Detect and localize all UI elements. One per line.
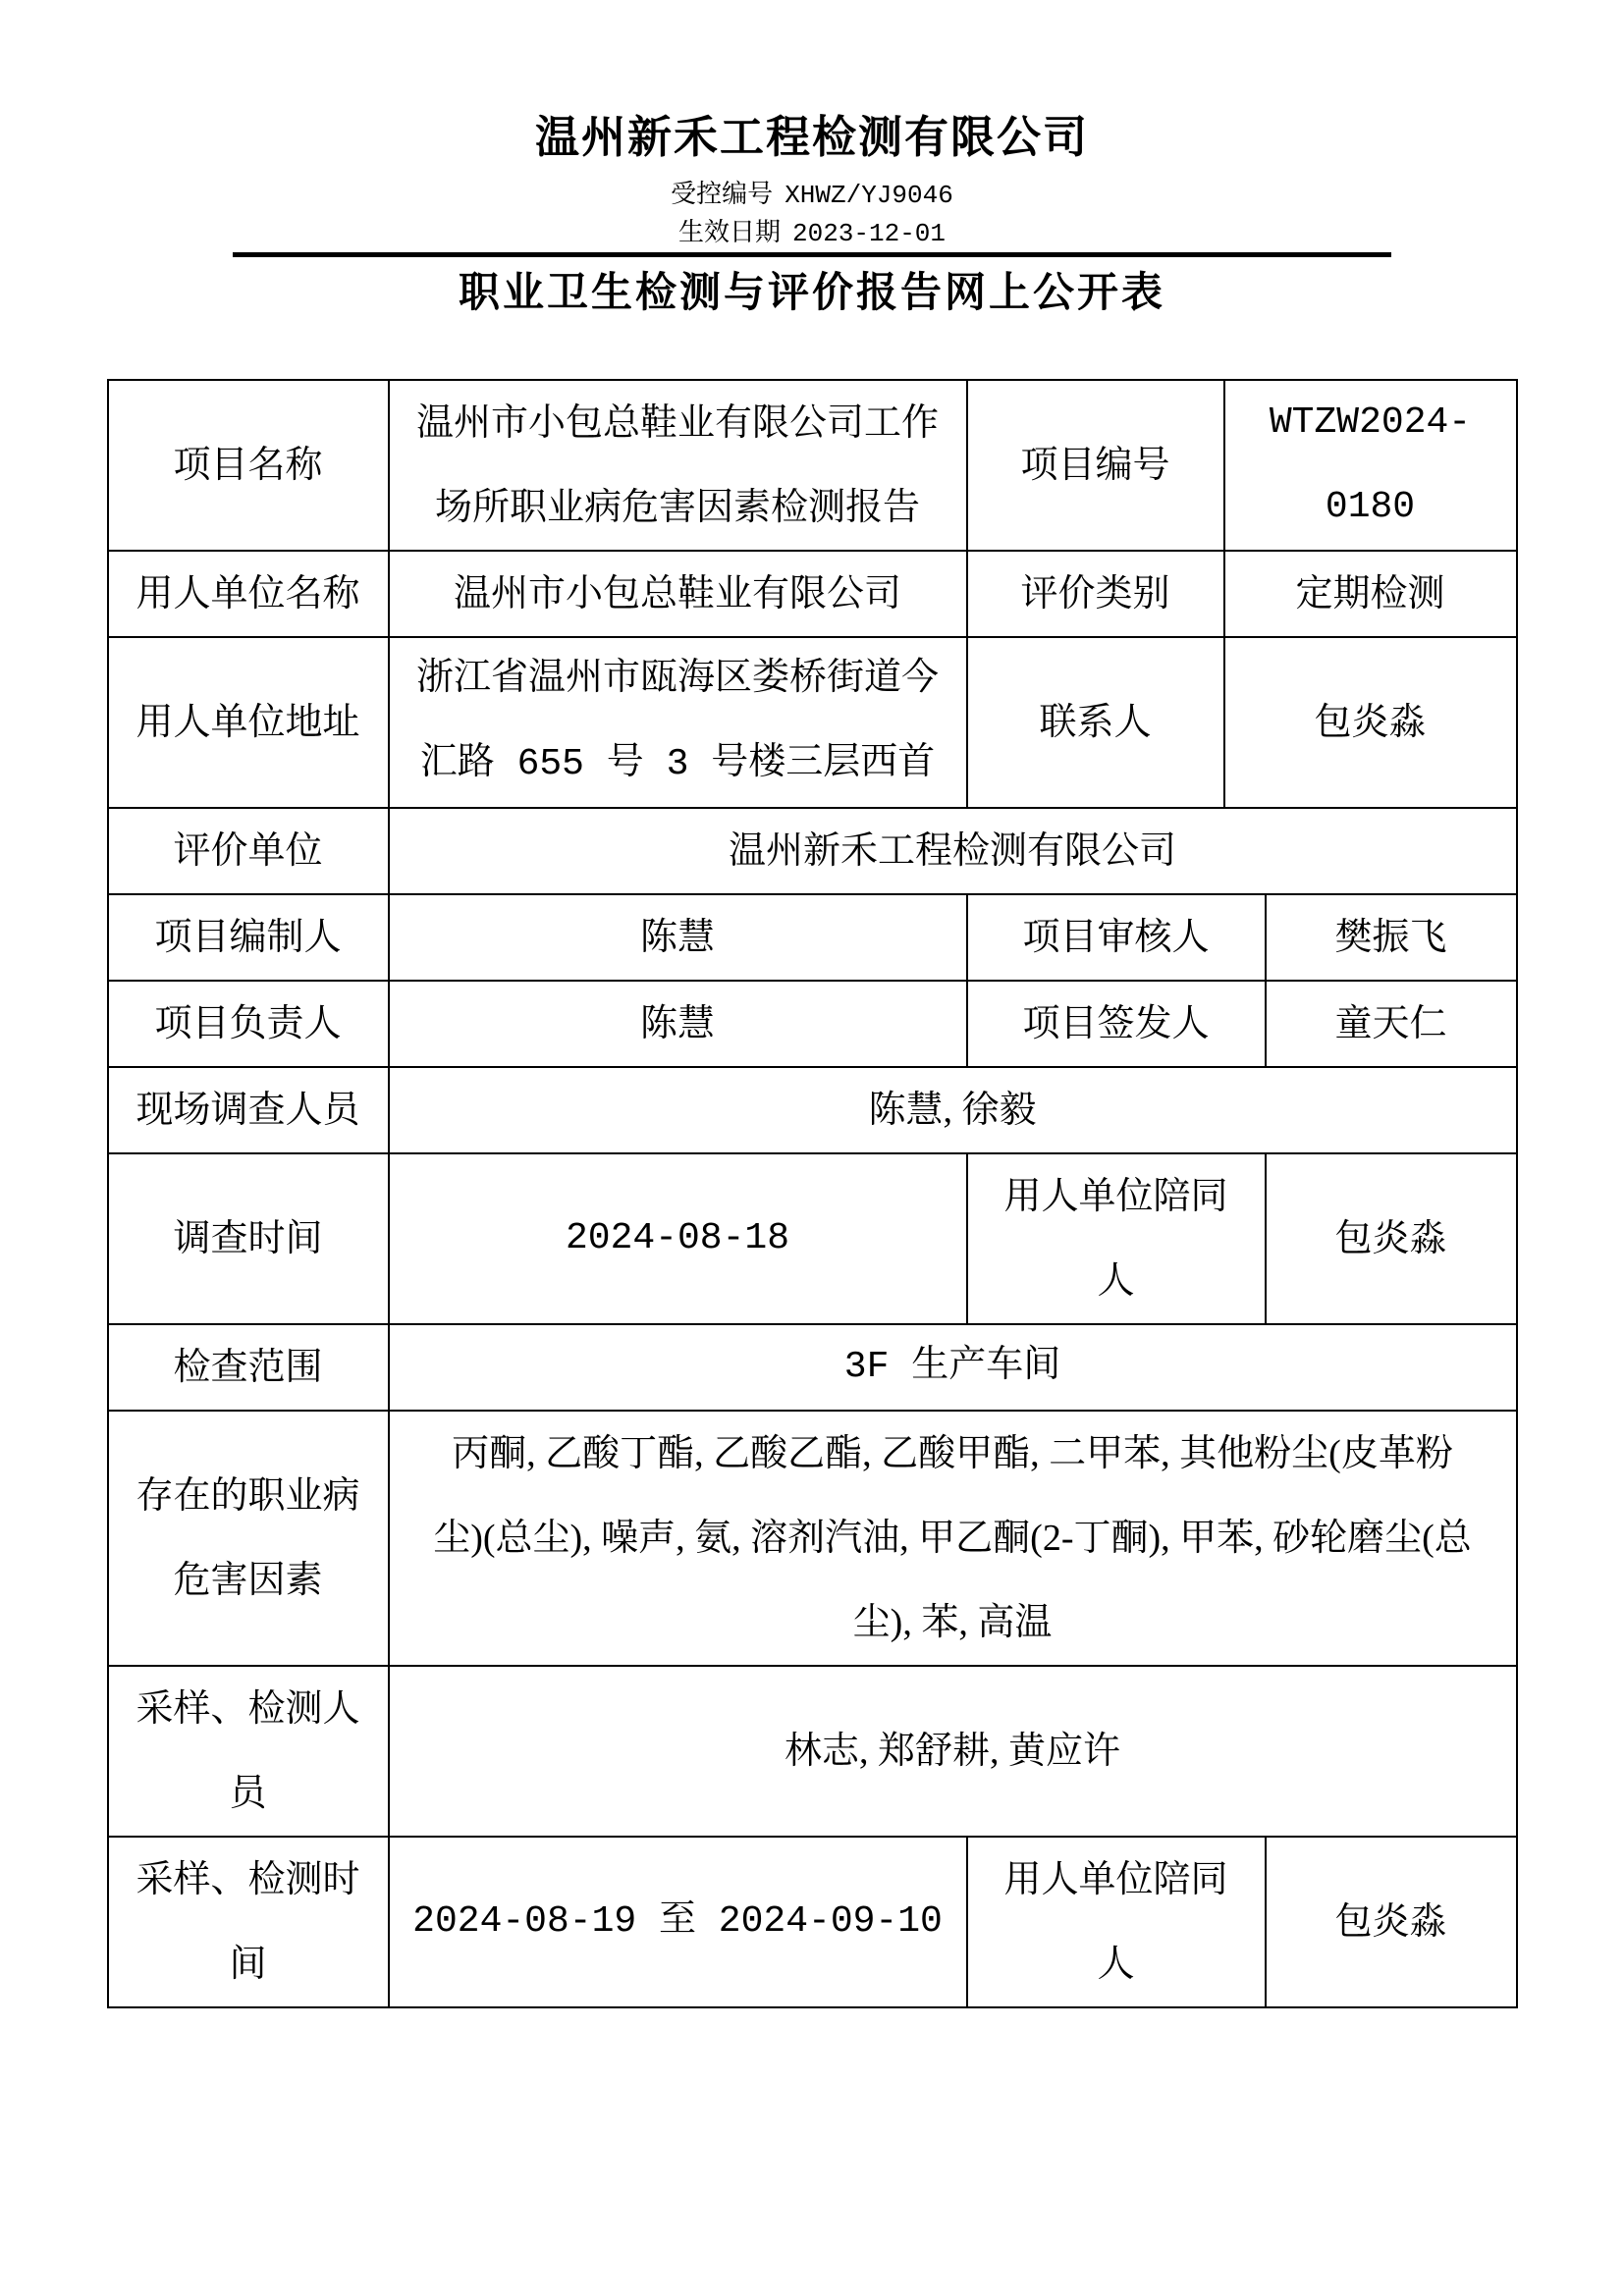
sampling-staff-label: 采样、检测人 员 [109,1667,390,1836]
sampling-staff-value: 林志, 郑舒耕, 黄应许 [390,1667,1516,1836]
inspection-scope-value: 3F 生产车间 [390,1325,1516,1410]
row-inspection-scope: 检查范围 3F 生产车间 [109,1325,1516,1412]
project-name-value: 温州市小包总鞋业有限公司工作 场所职业病危害因素检测报告 [390,381,968,550]
survey-time-value: 2024-08-18 [390,1154,968,1323]
effective-date-line: 生效日期2023-12-01 [0,214,1624,252]
survey-time-label: 调查时间 [109,1154,390,1323]
row-evaluation-org: 评价单位 温州新禾工程检测有限公司 [109,809,1516,895]
row-hazard-factors: 存在的职业病 危害因素 丙酮, 乙酸丁酯, 乙酸乙酯, 乙酸甲酯, 二甲苯, 其… [109,1412,1516,1667]
row-employer-address: 用人单位地址 浙江省温州市瓯海区娄桥街道今 汇路 655 号 3 号楼三层西首 … [109,638,1516,809]
effective-date-value: 2023-12-01 [792,219,946,248]
hazard-factors-label: 存在的职业病 危害因素 [109,1412,390,1665]
evaluation-org-label: 评价单位 [109,809,390,893]
project-compiler-label: 项目编制人 [109,895,390,980]
project-issuer-value: 童天仁 [1267,982,1516,1066]
project-issuer-label: 项目签发人 [968,982,1267,1066]
row-sampling-staff: 采样、检测人 员 林志, 郑舒耕, 黄应许 [109,1667,1516,1838]
row-compiler: 项目编制人 陈慧 项目审核人 樊振飞 [109,895,1516,982]
row-survey-staff: 现场调查人员 陈慧, 徐毅 [109,1068,1516,1154]
employer-name-value: 温州市小包总鞋业有限公司 [390,552,968,636]
hazard-factors-value: 丙酮, 乙酸丁酯, 乙酸乙酯, 乙酸甲酯, 二甲苯, 其他粉尘(皮革粉 尘)(总… [390,1412,1516,1665]
evaluation-org-value: 温州新禾工程检测有限公司 [390,809,1516,893]
project-number-label: 项目编号 [968,381,1225,550]
survey-staff-value: 陈慧, 徐毅 [390,1068,1516,1152]
document-meta: 受控编号XHWZ/YJ9046 生效日期2023-12-01 [0,176,1624,252]
survey-staff-label: 现场调查人员 [109,1068,390,1152]
contact-person-value: 包炎淼 [1225,638,1516,807]
row-leader: 项目负责人 陈慧 项目签发人 童天仁 [109,982,1516,1068]
sampling-time-value: 2024-08-19 至 2024-09-10 [390,1838,968,2006]
employer-accompany2-label: 用人单位陪同 人 [968,1838,1267,2006]
project-compiler-value: 陈慧 [390,895,968,980]
project-number-value: WTZW2024-0180 [1225,381,1516,550]
project-name-label: 项目名称 [109,381,390,550]
project-reviewer-label: 项目审核人 [968,895,1267,980]
sampling-time-label: 采样、检测时 间 [109,1838,390,2006]
contact-person-label: 联系人 [968,638,1225,807]
row-project-name: 项目名称 温州市小包总鞋业有限公司工作 场所职业病危害因素检测报告 项目编号 W… [109,381,1516,552]
employer-address-value: 浙江省温州市瓯海区娄桥街道今 汇路 655 号 3 号楼三层西首 [390,638,968,807]
public-disclosure-table: 项目名称 温州市小包总鞋业有限公司工作 场所职业病危害因素检测报告 项目编号 W… [107,379,1518,2008]
employer-name-label: 用人单位名称 [109,552,390,636]
page-title: 职业卫生检测与评价报告网上公开表 [0,273,1624,314]
header-divider-rule [233,252,1391,257]
employer-accompany-value: 包炎淼 [1267,1154,1516,1323]
controlled-number-line: 受控编号XHWZ/YJ9046 [0,176,1624,214]
row-sampling-time: 采样、检测时 间 2024-08-19 至 2024-09-10 用人单位陪同 … [109,1838,1516,2006]
project-leader-label: 项目负责人 [109,982,390,1066]
row-survey-time: 调查时间 2024-08-18 用人单位陪同 人 包炎淼 [109,1154,1516,1325]
evaluation-type-label: 评价类别 [968,552,1225,636]
document-page: 温州新禾工程检测有限公司 受控编号XHWZ/YJ9046 生效日期2023-12… [0,0,1624,2008]
effective-date-label: 生效日期 [678,218,781,246]
controlled-number-value: XHWZ/YJ9046 [785,181,953,210]
project-leader-value: 陈慧 [390,982,968,1066]
controlled-number-label: 受控编号 [671,180,773,208]
employer-accompany2-value: 包炎淼 [1267,1838,1516,2006]
project-reviewer-value: 樊振飞 [1267,895,1516,980]
row-employer-name: 用人单位名称 温州市小包总鞋业有限公司 评价类别 定期检测 [109,552,1516,638]
inspection-scope-label: 检查范围 [109,1325,390,1410]
evaluation-type-value: 定期检测 [1225,552,1516,636]
employer-address-label: 用人单位地址 [109,638,390,807]
employer-accompany-label: 用人单位陪同 人 [968,1154,1267,1323]
company-name: 温州新禾工程检测有限公司 [0,0,1624,160]
